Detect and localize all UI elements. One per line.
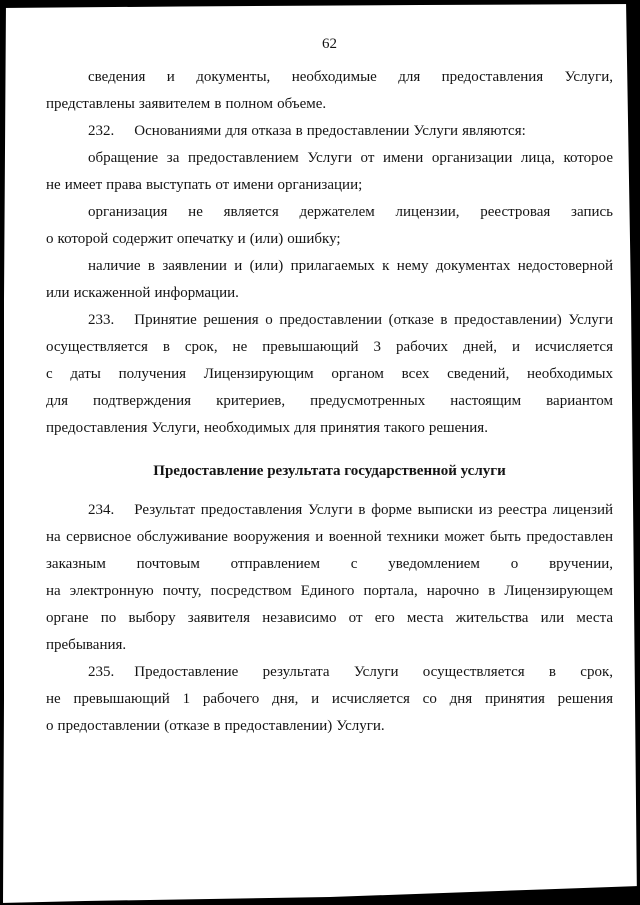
document-body: сведения и документы, необходимые для пр… [46,64,613,740]
paragraph-line: 233.Принятие решения о предоставлении (о… [46,307,613,334]
paragraph-line: не имеет права выступать от имени органи… [46,172,613,199]
paragraph-line: пребывания. [46,632,613,659]
paragraph-line: 234.Результат предоставления Услуги в фо… [46,497,613,524]
paragraph-line: 232.Основаниями для отказа в предоставле… [46,118,613,145]
scan-edge-right [626,0,640,905]
page-number: 62 [46,36,613,52]
paragraph: обращение за предоставлением Услуги от и… [46,145,613,199]
paragraph-line: наличие в заявлении и (или) прилагаемых … [46,253,613,280]
paragraph-line: 235.Предоставление результата Услуги осу… [46,659,613,686]
paragraph-number: 232. [88,123,114,139]
document-page: 62 сведения и документы, необходимые для… [0,0,640,905]
paragraph-line: о которой содержит опечатку и (или) ошиб… [46,226,613,253]
paragraph: 235.Предоставление результата Услуги осу… [46,659,613,740]
paragraph-line: или искаженной информации. [46,280,613,307]
paragraph-line: организация не является держателем лицен… [46,199,613,226]
paragraph-line: на электронную почту, посредством Единог… [46,578,613,605]
paragraph-line: заказным почтовым отправлением с уведомл… [46,551,613,578]
paragraph-line: о предоставлении (отказе в предоставлени… [46,713,613,740]
paragraph-line: с даты получения Лицензирующим органом в… [46,361,613,388]
text-column: 62 сведения и документы, необходимые для… [46,0,613,740]
paragraph-line: для подтверждения критериев, предусмотре… [46,388,613,415]
paragraph-line: предоставления Услуги, необходимых для п… [46,415,613,442]
paragraph: 232.Основаниями для отказа в предоставле… [46,118,613,145]
scan-edge-bottom [0,886,640,905]
scan-edge-left [0,0,6,905]
paragraph: сведения и документы, необходимые для пр… [46,64,613,118]
paragraph: организация не является держателем лицен… [46,199,613,253]
paragraph-number: 235. [88,664,114,680]
paragraph-number: 233. [88,312,114,328]
paragraph-line: органе по выбору заявителя независимо от… [46,605,613,632]
paragraph-line: осуществляется в срок, не превышающий 3 … [46,334,613,361]
paragraph: 233.Принятие решения о предоставлении (о… [46,307,613,442]
paragraph-number: 234. [88,502,114,518]
paragraph-line: сведения и документы, необходимые для пр… [46,64,613,91]
paragraph-line: представлены заявителем в полном объеме. [46,91,613,118]
paragraph-line: на сервисное обслуживание вооружения и в… [46,524,613,551]
paragraph: наличие в заявлении и (или) прилагаемых … [46,253,613,307]
paragraph-line: обращение за предоставлением Услуги от и… [46,145,613,172]
paragraph: 234.Результат предоставления Услуги в фо… [46,497,613,659]
paragraph-line: не превышающий 1 рабочего дня, и исчисля… [46,686,613,713]
section-heading: Предоставление результата государственно… [46,458,613,485]
